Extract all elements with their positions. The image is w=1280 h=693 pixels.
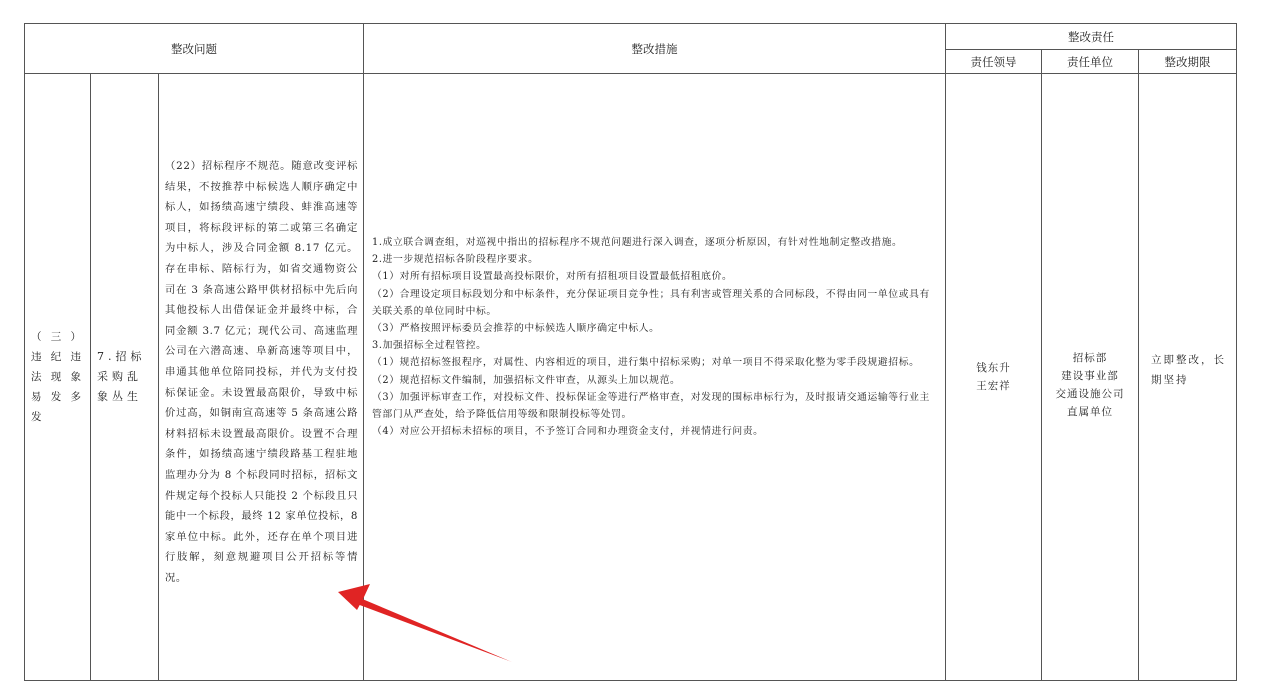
unit-name: 建设事业部: [1042, 367, 1138, 385]
deadline-cell: 立即整改，长期坚持: [1139, 74, 1237, 681]
problem-cell: （22）招标程序不规范。随意改变评标结果，不按推荐中标候选人顺序确定中标人，如扬…: [159, 74, 364, 681]
unit-name: 招标部: [1042, 349, 1138, 367]
leader-name: 王宏祥: [946, 377, 1041, 395]
measure-item: （4）对应公开招标未招标的项目，不予签订合同和办理资金支付，并视情进行问责。: [372, 423, 939, 440]
header-leader: 责任领导: [946, 50, 1042, 74]
header-deadline: 整改期限: [1139, 50, 1237, 74]
measures-cell: 1.成立联合调查组，对巡视中指出的招标程序不规范问题进行深入调查，逐项分析原因，…: [364, 74, 946, 681]
header-problem: 整改问题: [25, 24, 364, 74]
leader-cell: 钱东升 王宏祥: [946, 74, 1042, 681]
category-cell: （三）违纪违法现象易发多发: [25, 74, 91, 681]
unit-name: 直属单位: [1042, 403, 1138, 421]
measure-item: 3.加强招标全过程管控。: [372, 337, 939, 354]
unit-name: 交通设施公司: [1042, 385, 1138, 403]
header-unit: 责任单位: [1042, 50, 1139, 74]
leader-name: 钱东升: [946, 359, 1041, 377]
unit-cell: 招标部 建设事业部 交通设施公司 直属单位: [1042, 74, 1139, 681]
measure-item: 2.进一步规范招标各阶段程序要求。: [372, 251, 939, 268]
measure-item: （1）对所有招标项目设置最高投标限价，对所有招租项目设置最低招租底价。: [372, 268, 939, 285]
measure-item: （3）加强评标审查工作，对投标文件、投标保证金等进行严格审查，对发现的围标串标行…: [372, 389, 939, 423]
header-measures: 整改措施: [364, 24, 946, 74]
subcategory-cell: 7.招标采购乱象丛生: [91, 74, 159, 681]
measure-item: （1）规范招标签报程序，对属性、内容相近的项目，进行集中招标采购；对单一项目不得…: [372, 354, 939, 371]
measure-item: （2）规范招标文件编制，加强招标文件审查，从源头上加以规范。: [372, 372, 939, 389]
measure-item: 1.成立联合调查组，对巡视中指出的招标程序不规范问题进行深入调查，逐项分析原因，…: [372, 234, 939, 251]
rectification-table: 整改问题 整改措施 整改责任 责任领导 责任单位 整改期限 （三）违纪违法现象易…: [24, 23, 1237, 681]
header-responsibility: 整改责任: [946, 24, 1237, 50]
measure-item: （3）严格按照评标委员会推荐的中标候选人顺序确定中标人。: [372, 320, 939, 337]
measure-item: （2）合理设定项目标段划分和中标条件，充分保证项目竞争性；具有利害或管理关系的合…: [372, 286, 939, 320]
